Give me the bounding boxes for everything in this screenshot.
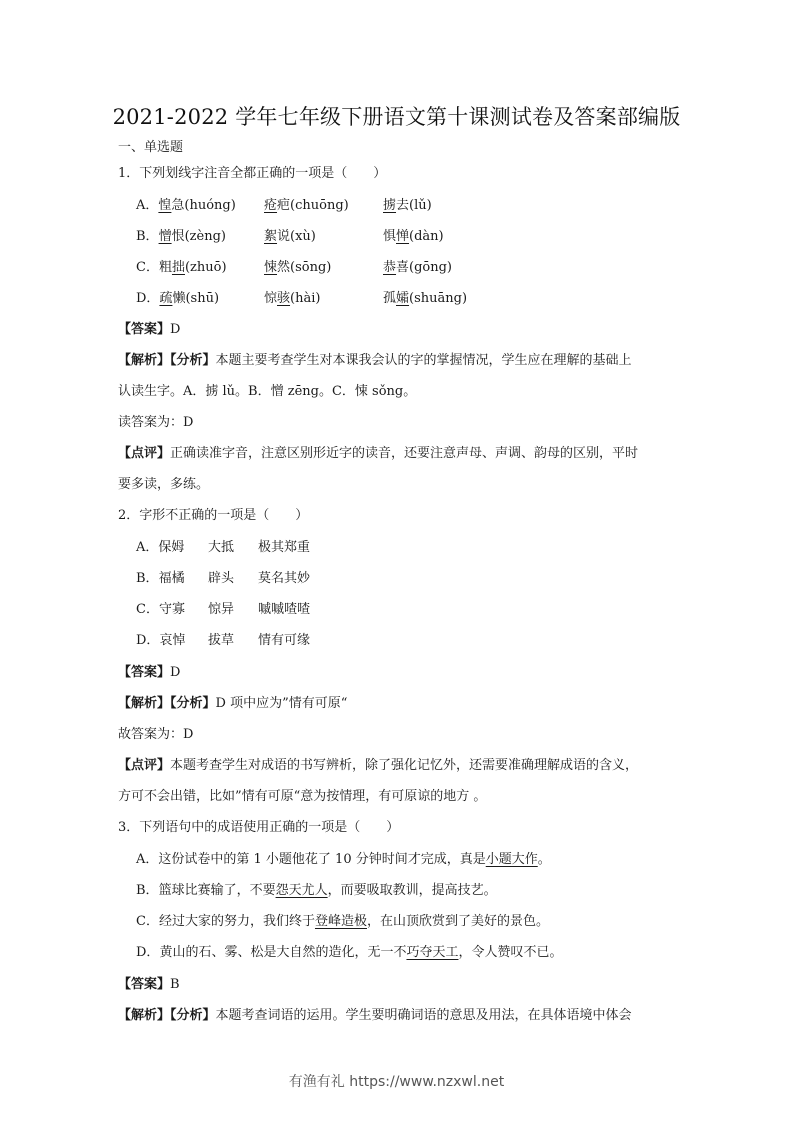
q2-stem: 2．字形不正确的一项是（ ） [118, 507, 308, 525]
pinyin-text: 疤(chuōng) [277, 198, 349, 213]
underlined-char: 拙 [172, 260, 185, 275]
option-text: ，在山顶欣赏到了美好的景色。 [367, 914, 549, 929]
option-letter: A． [136, 540, 158, 555]
q1-analysis: 【解析】【分析】本题主要考查学生对本课我会认的字的掌握情况，学生应在理解的基础上 [118, 352, 632, 370]
q1-option-b-item3: 惧惮(dàn) [383, 228, 444, 246]
option-letter: C． [136, 914, 159, 929]
option-letter: C． [136, 602, 159, 617]
answer-label: 【答案】 [118, 665, 170, 680]
underlined-char: 疏 [159, 291, 172, 306]
option-word: 惊异 [208, 601, 234, 619]
comment-label: 【点评】 [118, 446, 170, 461]
q1-conclusion: 读答案为：D [118, 414, 193, 432]
underlined-char: 疮 [264, 198, 277, 213]
q1-option-d: D．疏懒(shū) [136, 290, 219, 308]
pinyin-text: 恨(zèng) [172, 229, 226, 244]
q1-option-a-item3: 掳去(lǔ) [383, 197, 432, 215]
plain-char: 惧 [383, 229, 396, 244]
pinyin-text: 然(sōng) [277, 260, 331, 275]
option-text: ，而要吸取教训，提高技艺。 [328, 883, 497, 898]
answer-label: 【答案】 [118, 977, 170, 992]
option-letter: A． [136, 198, 158, 213]
footer-watermark: 有渔有礼 https://www.nzxwl.net [0, 1071, 793, 1091]
option-word: 哀悼 [159, 633, 185, 648]
q2-option-b: B．福橘 [136, 570, 185, 588]
underlined-idiom: 登峰造极 [315, 914, 367, 929]
option-word: 保姆 [158, 540, 184, 555]
q3-option-b: B．篮球比赛输了，不要怨天尤人，而要吸取教训，提高技艺。 [136, 882, 497, 900]
pinyin-text: (shuāng) [409, 291, 467, 306]
q1-answer: 【答案】D [118, 321, 180, 339]
option-word: 嘁嘁喳喳 [258, 601, 310, 619]
q1-option-d-item3: 孤孀(shuāng) [383, 290, 467, 308]
q2-answer: 【答案】D [118, 664, 180, 682]
comment-text: 正确读准字音，注意区别形近字的读音，还要注意声母、声调、韵母的区别，平时 [170, 446, 638, 461]
underlined-char: 骇 [277, 291, 290, 306]
option-text: 这份试卷中的第 1 小题他花了 10 分钟时间才完成，真是 [158, 852, 485, 867]
plain-char: 孤 [383, 291, 396, 306]
q2-comment: 【点评】本题考查学生对成语的书写辨析，除了强化记忆外，还需要准确理解成语的含义， [118, 757, 638, 775]
section-heading: 一、单选题 [118, 139, 183, 157]
option-letter: B． [136, 571, 159, 586]
option-word: 莫名其妙 [258, 570, 310, 588]
option-text: 黄山的石、雾、松是大自然的造化，无一不 [159, 945, 406, 960]
answer-value: D [170, 665, 180, 680]
answer-value: B [170, 977, 180, 992]
underlined-char: 恭 [383, 260, 396, 275]
option-letter: B． [136, 883, 159, 898]
underlined-char: 悚 [264, 260, 277, 275]
q2-option-c: C．守寡 [136, 601, 185, 619]
q1-option-d-item2: 惊骇(hài) [264, 290, 320, 308]
underlined-idiom: 小题大作 [486, 852, 538, 867]
analysis-text: 本题主要考查学生对本课我会认的字的掌握情况，学生应在理解的基础上 [216, 353, 632, 368]
option-word: 辟头 [208, 570, 234, 588]
pinyin-text: 懒(shū) [172, 291, 219, 306]
comment-text: 本题考查学生对成语的书写辨析，除了强化记忆外，还需要准确理解成语的含义， [170, 758, 638, 773]
option-text: 。 [538, 852, 551, 867]
option-letter: B． [136, 229, 159, 244]
answer-value: D [170, 322, 180, 337]
analysis-label: 【解析】【分析】 [118, 696, 216, 711]
q1-option-b: B．憎恨(zèng) [136, 228, 226, 246]
analysis-text: D 项中应为”情有可原“ [216, 696, 348, 711]
plain-char: 惊 [264, 291, 277, 306]
plain-char: 粗 [159, 260, 172, 275]
q3-stem: 3．下列语句中的成语使用正确的一项是（ ） [118, 819, 399, 837]
underlined-char: 掳 [383, 198, 396, 213]
option-text: 篮球比赛输了，不要 [159, 883, 276, 898]
q1-option-a-item2: 疮疤(chuōng) [264, 197, 349, 215]
answer-label: 【答案】 [118, 322, 170, 337]
q1-comment-line2: 要多读，多练。 [118, 476, 209, 494]
analysis-label: 【解析】【分析】 [118, 353, 216, 368]
option-letter: A． [136, 852, 158, 867]
pinyin-text: (hài) [290, 291, 320, 306]
option-letter: C． [136, 260, 159, 275]
q3-option-c: C．经过大家的努力，我们终于登峰造极，在山顶欣赏到了美好的景色。 [136, 913, 549, 931]
q3-analysis: 【解析】【分析】本题考查词语的运用。学生要明确词语的意思及用法，在具体语境中体会 [118, 1007, 632, 1025]
q1-stem: 1．下列划线字注音全都正确的一项是（ ） [118, 165, 386, 183]
document-page: 2021-2022 学年七年级下册语文第十课测试卷及答案部编版 一、单选题 1．… [0, 0, 793, 1122]
pinyin-text: 喜(gōng) [396, 260, 452, 275]
q1-option-c-item2: 悚然(sōng) [264, 259, 331, 277]
analysis-label: 【解析】【分析】 [118, 1008, 216, 1023]
option-letter: D． [136, 291, 159, 306]
q2-comment-line2: 方可不会出错，比如”情有可原“意为按情理，有可原谅的地方 。 [118, 788, 486, 806]
underlined-idiom: 巧夺天工 [406, 945, 458, 960]
q3-option-d: D．黄山的石、雾、松是大自然的造化，无一不巧夺天工，令人赞叹不已。 [136, 944, 562, 962]
underlined-char: 絮 [264, 229, 277, 244]
pinyin-text: 急(huóng) [171, 198, 235, 213]
pinyin-text: 去(lǔ) [396, 198, 432, 213]
q2-option-d: D．哀悼 [136, 632, 185, 650]
option-word: 拔草 [208, 632, 234, 650]
option-word: 大抵 [208, 539, 234, 557]
q1-analysis-line2: 认读生字。A．掳 lǔ。B．憎 zēng。C．悚 sǒng。 [118, 383, 416, 401]
option-word: 福橘 [159, 571, 185, 586]
q2-option-a: A．保姆 [136, 539, 184, 557]
option-word: 极其郑重 [258, 539, 310, 557]
underlined-char: 憎 [159, 229, 172, 244]
q1-option-c: C．粗拙(zhuō) [136, 259, 227, 277]
pinyin-text: 说(xù) [277, 229, 316, 244]
option-word: 守寡 [159, 602, 185, 617]
document-title: 2021-2022 学年七年级下册语文第十课测试卷及答案部编版 [0, 101, 793, 131]
option-text: 经过大家的努力，我们终于 [159, 914, 315, 929]
analysis-text: 本题考查词语的运用。学生要明确词语的意思及用法，在具体语境中体会 [216, 1008, 632, 1023]
underlined-idiom: 怨天尤人 [276, 883, 328, 898]
q1-option-a: A．惶急(huóng) [136, 197, 236, 215]
q1-option-c-item3: 恭喜(gōng) [383, 259, 452, 277]
underlined-char: 惮 [396, 229, 409, 244]
q1-option-b-item2: 絮说(xù) [264, 228, 316, 246]
option-letter: D． [136, 945, 159, 960]
option-letter: D． [136, 633, 159, 648]
q3-option-a: A．这份试卷中的第 1 小题他花了 10 分钟时间才完成，真是小题大作。 [136, 851, 551, 869]
underlined-char: 孀 [396, 291, 409, 306]
option-word: 情有可缘 [258, 632, 310, 650]
q2-analysis: 【解析】【分析】D 项中应为”情有可原“ [118, 695, 347, 713]
underlined-char: 惶 [158, 198, 171, 213]
comment-label: 【点评】 [118, 758, 170, 773]
option-text: ，令人赞叹不已。 [458, 945, 562, 960]
q2-conclusion: 故答案为：D [118, 726, 193, 744]
q3-answer: 【答案】B [118, 976, 180, 994]
q1-comment: 【点评】正确读准字音，注意区别形近字的读音，还要注意声母、声调、韵母的区别，平时 [118, 445, 638, 463]
pinyin-text: (zhuō) [185, 260, 227, 275]
pinyin-text: (dàn) [409, 229, 444, 244]
